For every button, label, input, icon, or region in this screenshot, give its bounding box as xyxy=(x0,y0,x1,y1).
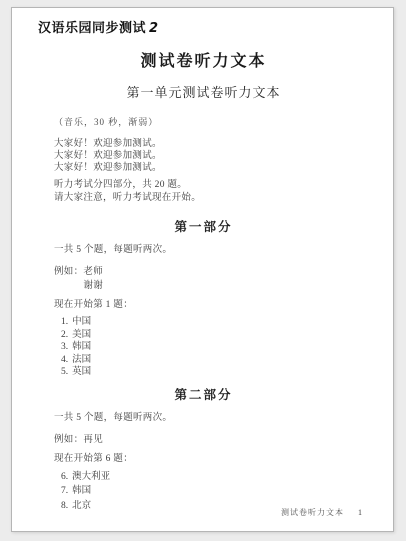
list-item: 5.英国 xyxy=(61,366,353,379)
item-text: 韩国 xyxy=(72,486,91,496)
question-list-part-one: 1.中国 2.美国 3.韩国 4.法国 5.英国 xyxy=(54,316,353,379)
start-line: 现在开始第 1 题： xyxy=(54,299,353,311)
item-number: 1. xyxy=(61,317,68,327)
item-number: 2. xyxy=(61,330,68,340)
item-number: 4. xyxy=(61,355,68,365)
item-text: 英国 xyxy=(72,367,91,377)
section-instruction: 一共 5 个题，每题听两次。 xyxy=(54,412,353,424)
section-instruction: 一共 5 个题，每题听两次。 xyxy=(54,244,353,256)
greeting-line: 大家好！欢迎参加测试。 xyxy=(54,150,353,162)
example-label: 例如： xyxy=(54,433,83,447)
greeting-block: 大家好！欢迎参加测试。 大家好！欢迎参加测试。 大家好！欢迎参加测试。 xyxy=(54,138,353,174)
start-line: 现在开始第 6 题： xyxy=(54,453,353,465)
section-heading-part-two: 第二部分 xyxy=(54,389,353,402)
list-item: 7.韩国 xyxy=(61,484,353,499)
example-line: 再见 xyxy=(83,433,103,447)
item-text: 韩国 xyxy=(72,342,91,352)
item-text: 北京 xyxy=(72,501,91,511)
item-text: 中国 xyxy=(72,317,91,327)
example-line: 老师 xyxy=(83,265,103,279)
item-text: 法国 xyxy=(72,355,91,365)
greeting-line: 大家好！欢迎参加测试。 xyxy=(54,162,353,174)
section-heading-part-one: 第一部分 xyxy=(54,221,353,234)
item-number: 7. xyxy=(61,486,68,496)
example-block: 例如： 老师 谢谢 xyxy=(54,265,353,293)
example-lines: 老师 谢谢 xyxy=(83,265,103,293)
page-footer: 测试卷听力文本1 xyxy=(281,507,363,518)
item-number: 3. xyxy=(61,342,68,352)
footer-title: 测试卷听力文本 xyxy=(281,508,344,517)
example-block: 例如： 再见 xyxy=(54,433,353,447)
greeting-line: 大家好！欢迎参加测试。 xyxy=(54,138,353,150)
example-label: 例如： xyxy=(54,265,83,293)
example-line: 谢谢 xyxy=(83,279,103,293)
series-logo: 汉语乐园同步测试2 xyxy=(38,22,353,35)
series-logo-text: 汉语乐园同步测试 xyxy=(38,21,146,36)
exam-info-line: 请大家注意，听力考试现在开始。 xyxy=(54,192,353,205)
document-title: 测试卷听力文本 xyxy=(54,54,353,70)
list-item: 2.美国 xyxy=(61,329,353,342)
item-number: 8. xyxy=(61,501,68,511)
example-lines: 再见 xyxy=(83,433,103,447)
item-text: 澳大利亚 xyxy=(72,472,110,482)
series-logo-number: 2 xyxy=(149,21,159,36)
list-item: 6.澳大利亚 xyxy=(61,470,353,485)
unit-subtitle: 第一单元测试卷听力文本 xyxy=(54,86,353,100)
item-text: 美国 xyxy=(72,330,91,340)
list-item: 4.法国 xyxy=(61,354,353,367)
page-number: 1 xyxy=(358,508,363,517)
exam-info-line: 听力考试分四部分，共 20 题。 xyxy=(54,179,353,192)
item-number: 5. xyxy=(61,367,68,377)
document-page: 汉语乐园同步测试2 测试卷听力文本 第一单元测试卷听力文本 （音乐，30 秒，渐… xyxy=(11,7,394,532)
item-number: 6. xyxy=(61,472,68,482)
exam-info-block: 听力考试分四部分，共 20 题。 请大家注意，听力考试现在开始。 xyxy=(54,179,353,205)
list-item: 3.韩国 xyxy=(61,341,353,354)
list-item: 1.中国 xyxy=(61,316,353,329)
stage-direction: （音乐，30 秒，渐弱） xyxy=(54,117,353,127)
